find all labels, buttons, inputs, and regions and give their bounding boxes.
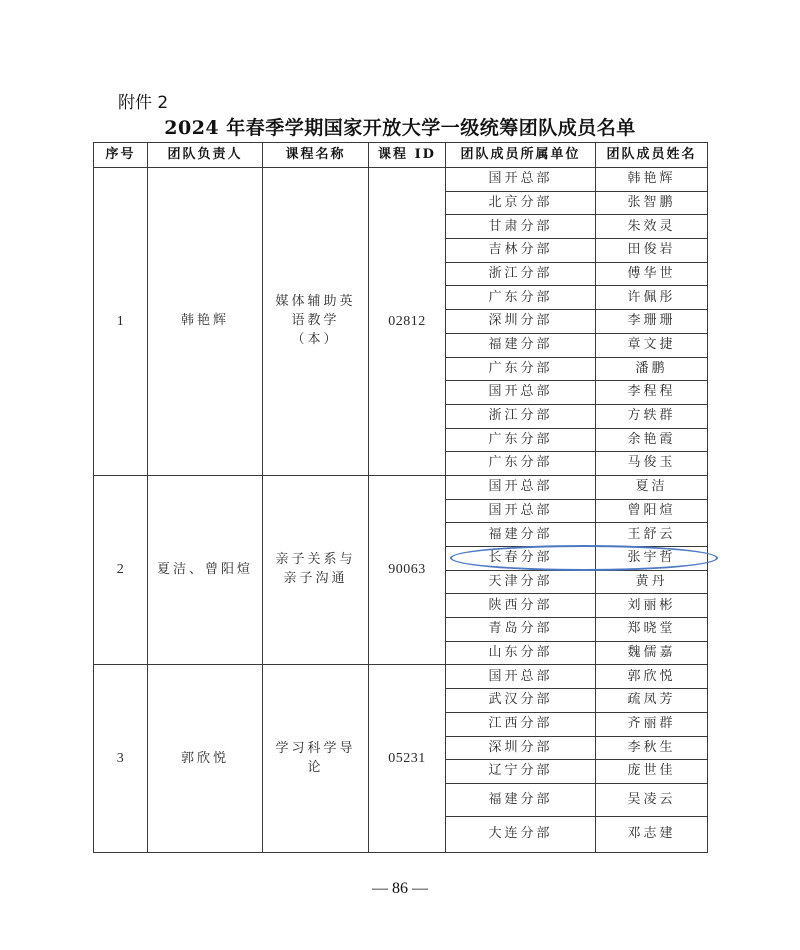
header-course-name: 课程名称 bbox=[263, 143, 369, 168]
member-unit: 国开总部 bbox=[446, 381, 596, 405]
member-name: 李珊珊 bbox=[596, 310, 708, 334]
member-name: 章文捷 bbox=[596, 333, 708, 357]
member-unit: 国开总部 bbox=[446, 665, 596, 689]
member-name: 黄丹 bbox=[596, 570, 708, 594]
group-leader: 郭欣悦 bbox=[148, 665, 263, 852]
group-leader: 韩艳辉 bbox=[148, 168, 263, 476]
member-unit: 长春分部 bbox=[446, 547, 596, 571]
member-name: 韩艳辉 bbox=[596, 168, 708, 192]
group-index: 1 bbox=[94, 168, 148, 476]
group-course-name: 媒体辅助英语教学（本） bbox=[263, 168, 369, 476]
member-name: 夏洁 bbox=[596, 475, 708, 499]
attachment-label: 附件 2 bbox=[118, 88, 168, 113]
group-leader: 夏洁、曾阳煊 bbox=[148, 475, 263, 665]
group-index: 2 bbox=[94, 475, 148, 665]
member-unit: 江西分部 bbox=[446, 712, 596, 736]
member-name: 方轶群 bbox=[596, 404, 708, 428]
page-number: — 86 — bbox=[0, 880, 800, 898]
member-unit: 北京分部 bbox=[446, 191, 596, 215]
member-name: 余艳霞 bbox=[596, 428, 708, 452]
member-name: 王舒云 bbox=[596, 523, 708, 547]
table-row: 1 韩艳辉 媒体辅助英语教学（本） 02812 国开总部 韩艳辉 bbox=[94, 168, 708, 192]
member-unit: 辽宁分部 bbox=[446, 760, 596, 784]
member-unit: 青岛分部 bbox=[446, 618, 596, 642]
table-header-row: 序号 团队负责人 课程名称 课程 ID 团队成员所属单位 团队成员姓名 bbox=[94, 143, 708, 168]
group-index: 3 bbox=[94, 665, 148, 852]
group-course-id: 02812 bbox=[369, 168, 446, 476]
group-course-id: 05231 bbox=[369, 665, 446, 852]
member-name: 邓志建 bbox=[596, 816, 708, 852]
header-index: 序号 bbox=[94, 143, 148, 168]
member-name: 吴凌云 bbox=[596, 783, 708, 816]
member-name: 傅华世 bbox=[596, 262, 708, 286]
member-name: 李秋生 bbox=[596, 736, 708, 760]
member-unit: 福建分部 bbox=[446, 333, 596, 357]
member-unit: 大连分部 bbox=[446, 816, 596, 852]
member-unit: 天津分部 bbox=[446, 570, 596, 594]
member-unit: 国开总部 bbox=[446, 168, 596, 192]
member-name: 朱效灵 bbox=[596, 215, 708, 239]
member-name: 马俊玉 bbox=[596, 452, 708, 476]
member-name: 庞世佳 bbox=[596, 760, 708, 784]
member-name: 郑晓堂 bbox=[596, 618, 708, 642]
group-course-id: 90063 bbox=[369, 475, 446, 665]
header-course-id: 课程 ID bbox=[369, 143, 446, 168]
member-name: 潘鹏 bbox=[596, 357, 708, 381]
member-name: 郭欣悦 bbox=[596, 665, 708, 689]
member-unit: 广东分部 bbox=[446, 286, 596, 310]
member-unit: 武汉分部 bbox=[446, 689, 596, 713]
member-unit: 深圳分部 bbox=[446, 736, 596, 760]
member-name: 齐丽群 bbox=[596, 712, 708, 736]
group-course-name: 学习科学导论 bbox=[263, 665, 369, 852]
member-unit: 福建分部 bbox=[446, 523, 596, 547]
header-team-leader: 团队负责人 bbox=[148, 143, 263, 168]
member-unit: 山东分部 bbox=[446, 641, 596, 665]
member-unit: 陕西分部 bbox=[446, 594, 596, 618]
member-unit: 国开总部 bbox=[446, 475, 596, 499]
member-name: 张宇哲 bbox=[596, 547, 708, 571]
table-row: 2 夏洁、曾阳煊 亲子关系与亲子沟通 90063 国开总部 夏洁 bbox=[94, 475, 708, 499]
header-member-name: 团队成员姓名 bbox=[596, 143, 708, 168]
team-roster-table: 序号 团队负责人 课程名称 课程 ID 团队成员所属单位 团队成员姓名 1 韩艳… bbox=[93, 142, 708, 853]
member-unit: 福建分部 bbox=[446, 783, 596, 816]
member-unit: 国开总部 bbox=[446, 499, 596, 523]
member-name: 张智鹏 bbox=[596, 191, 708, 215]
member-unit: 广东分部 bbox=[446, 428, 596, 452]
member-name: 曾阳煊 bbox=[596, 499, 708, 523]
member-unit: 吉林分部 bbox=[446, 239, 596, 263]
group-course-name: 亲子关系与亲子沟通 bbox=[263, 475, 369, 665]
member-unit: 浙江分部 bbox=[446, 404, 596, 428]
member-name: 疏凤芳 bbox=[596, 689, 708, 713]
table-row: 3 郭欣悦 学习科学导论 05231 国开总部 郭欣悦 bbox=[94, 665, 708, 689]
member-unit: 甘肃分部 bbox=[446, 215, 596, 239]
header-member-unit: 团队成员所属单位 bbox=[446, 143, 596, 168]
member-name: 李程程 bbox=[596, 381, 708, 405]
member-name: 魏儒嘉 bbox=[596, 641, 708, 665]
member-name: 刘丽彬 bbox=[596, 594, 708, 618]
document-title: 2024 年春季学期国家开放大学一级统筹团队成员名单 bbox=[0, 113, 800, 140]
member-unit: 浙江分部 bbox=[446, 262, 596, 286]
member-unit: 广东分部 bbox=[446, 452, 596, 476]
member-name: 田俊岩 bbox=[596, 239, 708, 263]
member-unit: 深圳分部 bbox=[446, 310, 596, 334]
member-unit: 广东分部 bbox=[446, 357, 596, 381]
member-name: 许佩彤 bbox=[596, 286, 708, 310]
